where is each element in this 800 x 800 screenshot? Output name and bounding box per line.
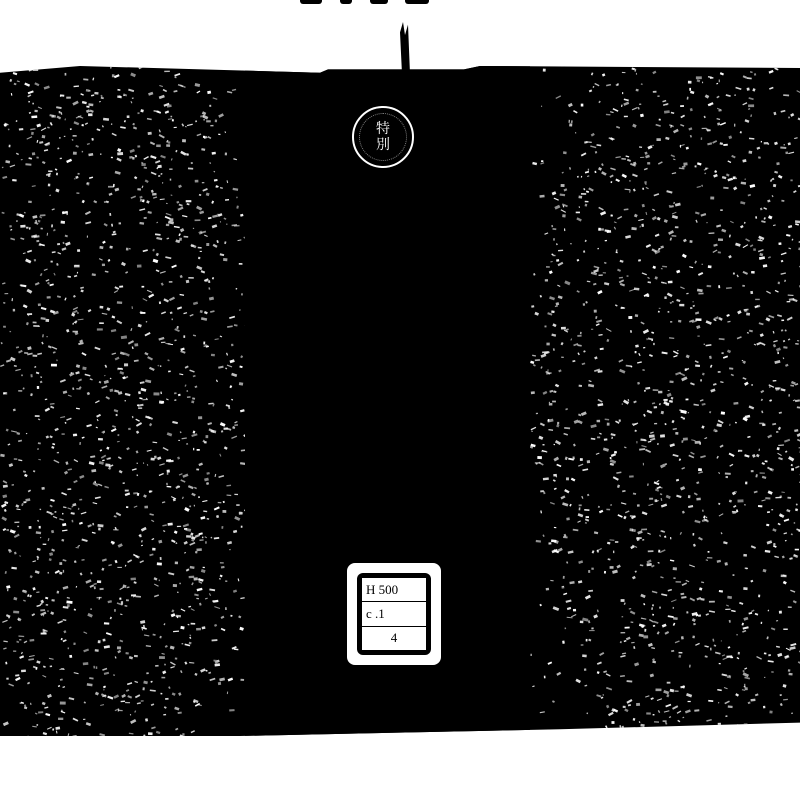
right-cover-panel — [530, 66, 800, 736]
call-number-label: H 500 c .1 4 — [347, 563, 441, 665]
left-cover-panel — [0, 66, 245, 736]
call-number-class: H 500 — [362, 578, 426, 602]
call-number-volume: 4 — [362, 627, 426, 650]
circular-seal-icon — [359, 113, 407, 161]
call-number-copy: c .1 — [362, 602, 426, 626]
bookmark-ribbon — [400, 22, 410, 74]
marbled-texture — [530, 66, 800, 736]
top-edge-marks — [300, 0, 450, 6]
marbled-texture — [0, 66, 245, 736]
library-stamp: 特 別 — [352, 106, 414, 168]
